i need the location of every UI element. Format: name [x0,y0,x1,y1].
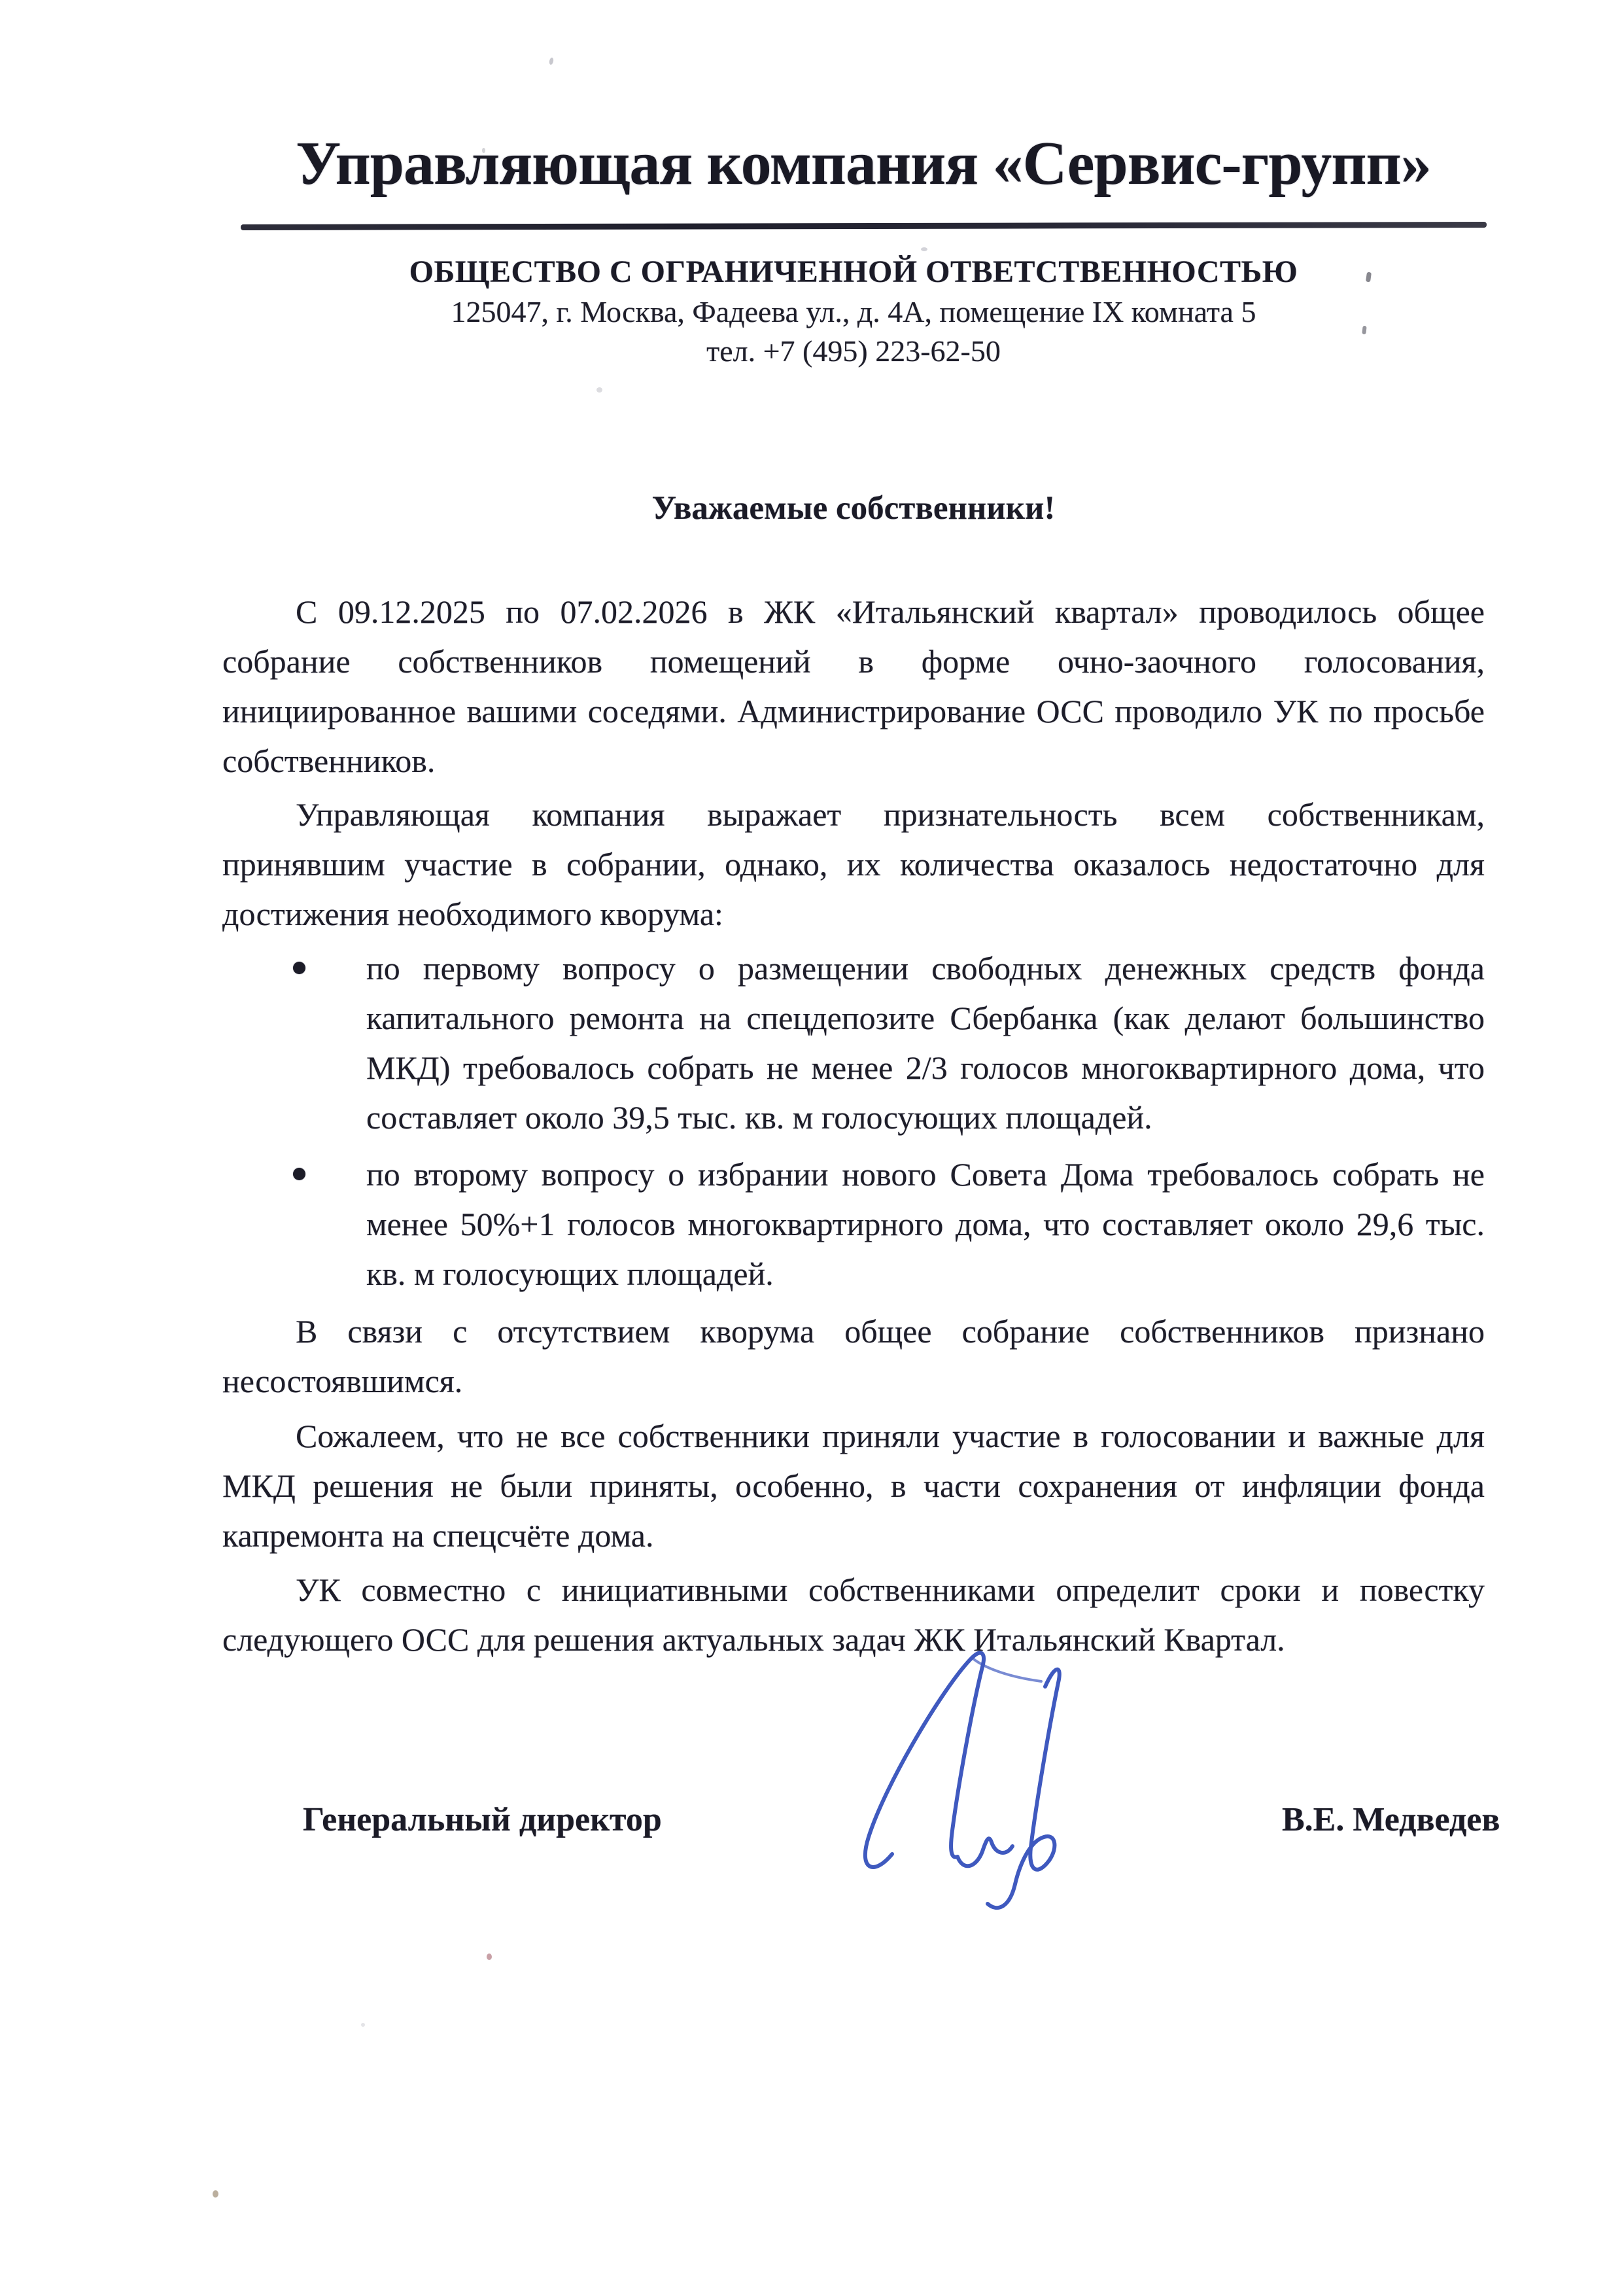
quorum-requirements-list: по первому вопросу о размещении свободны… [222,943,1485,1299]
letterhead-divider [241,222,1487,230]
paragraph-regret: Сожалеем, что не все собственники принял… [222,1411,1485,1560]
bullet-dot-icon [293,962,305,974]
scan-artifact [213,2190,218,2198]
scan-artifact [487,1953,492,1960]
paragraph-gratitude-quorum: Управляющая компания выражает признатель… [222,790,1485,939]
scan-artifact [921,247,927,251]
signature-name: В.Е. Медведев [1282,1800,1500,1839]
paragraph-voting-period: С 09.12.2025 по 07.02.2026 в ЖК «Итальян… [222,587,1485,786]
address-line: 125047, г. Москва, Фадеева ул., д. 4А, п… [222,294,1485,329]
org-type-line: ОБЩЕСТВО С ОГРАНИЧЕННОЙ ОТВЕТСТВЕННОСТЬЮ [222,254,1485,290]
scan-artifact [361,2023,365,2027]
list-item-text: по первому вопросу о размещении свободны… [366,950,1485,1136]
salutation: Уважаемые собственники! [222,489,1485,527]
list-item-text: по второму вопросу о избрании нового Сов… [366,1156,1485,1292]
bullet-dot-icon [293,1168,305,1180]
list-item-question-2: по второму вопросу о избрании нового Сов… [222,1149,1485,1299]
paragraph-meeting-failed: В связи с отсутствием кворума общее собр… [222,1306,1485,1406]
phone-line: тел. +7 (495) 223-62-50 [222,334,1485,368]
scanned-letter-page: Управляющая компания «Сервис-групп» ОБЩЕ… [0,0,1624,2295]
scan-artifact [596,387,602,393]
company-name: Управляющая компания «Сервис-групп» [203,128,1524,199]
signature-position-label: Генеральный директор [303,1800,662,1839]
signature-ink [816,1643,1156,1912]
scan-artifact [549,57,554,65]
list-item-question-1: по первому вопросу о размещении свободны… [222,943,1485,1142]
